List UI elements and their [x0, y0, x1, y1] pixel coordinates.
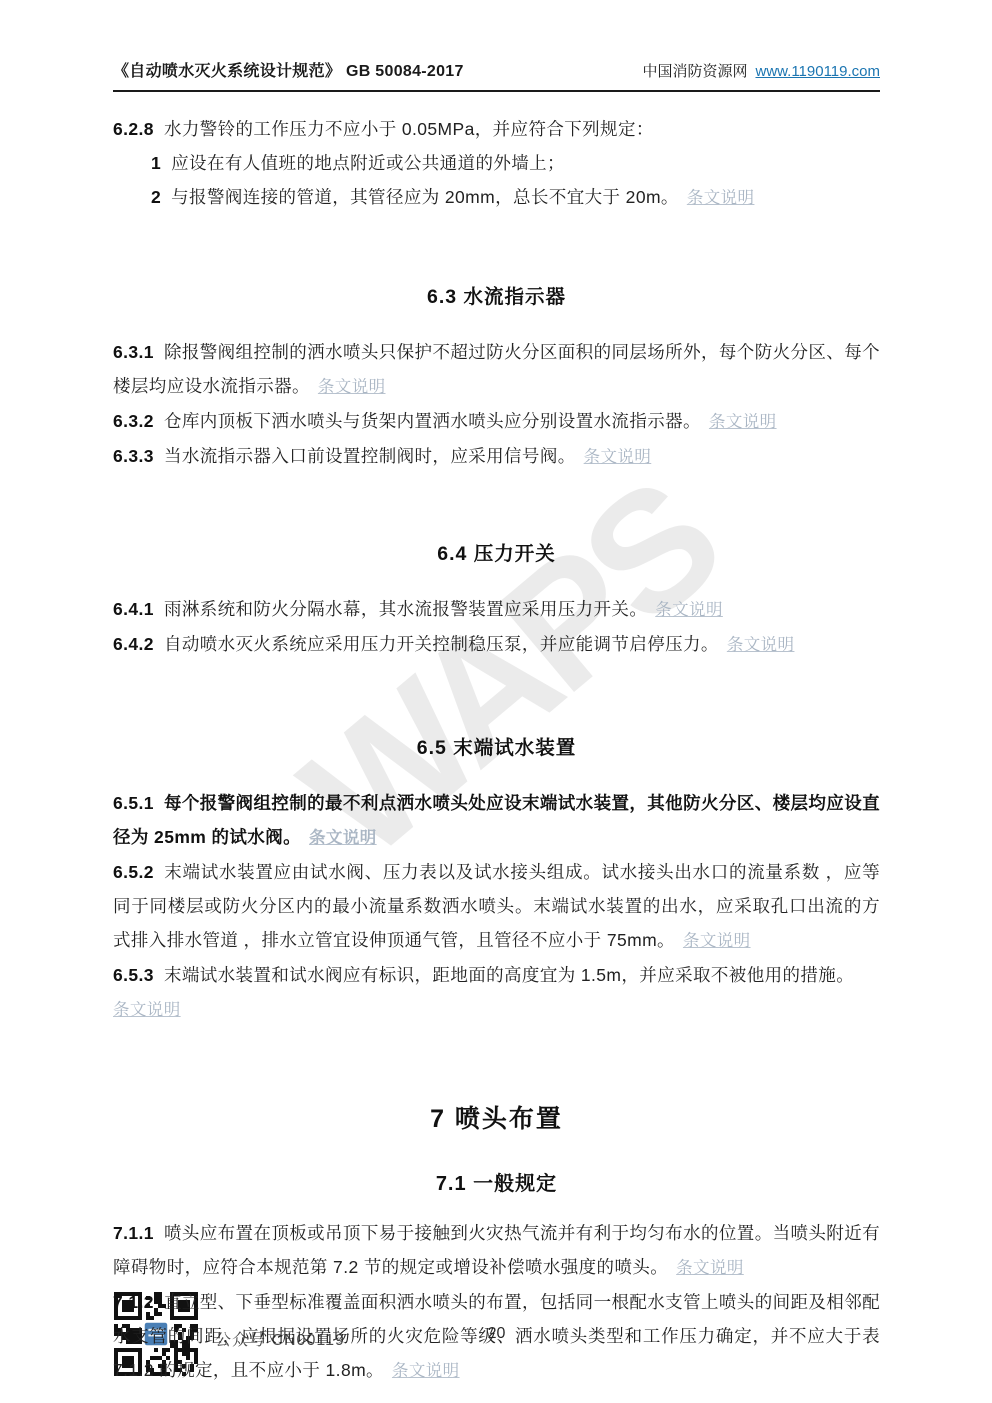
site-info: 中国消防资源网www.1190119.com — [642, 60, 880, 81]
clause-6-5-3: 6.5.3末端试水装置和试水阀应有标识，距地面的高度宜为 1.5m，并应采取不被… — [113, 958, 880, 1027]
site-name: 中国消防资源网 — [642, 63, 747, 80]
item-number: 1 — [151, 153, 161, 173]
explanation-link[interactable]: 条文说明 — [683, 932, 751, 950]
clause-text: 直立型、下垂型标准覆盖面积洒水喷头的布置，包括同一根配水支管上喷头的间距及相邻配… — [113, 1292, 880, 1380]
explanation-link[interactable]: 条文说明 — [318, 378, 386, 396]
clause-number: 6.3.2 — [113, 411, 154, 431]
section-heading-7-1: 7.1 一般规定 — [113, 1167, 880, 1196]
clause-text: 自动喷水灭火系统应采用压力开关控制稳压泵，并应能调节启停压力。 — [164, 634, 719, 654]
document-title: 《自动喷水灭火系统设计规范》 GB 50084-2017 — [113, 58, 464, 81]
document-page: WAPS 《自动喷水灭火系统设计规范》 GB 50084-2017 中国消防资源… — [0, 0, 992, 1403]
clause-number: 6.4.1 — [113, 599, 154, 619]
clause-text: 每个报警阀组控制的最不利点洒水喷头处应设末端试水装置，其他防火分区、楼层均应设直… — [113, 793, 880, 847]
item-number: 2 — [151, 187, 161, 207]
clause-number: 6.3.1 — [113, 342, 154, 362]
explanation-link[interactable]: 条文说明 — [709, 413, 777, 431]
explanation-link[interactable]: 条文说明 — [309, 829, 377, 847]
clause-text: 喷头应布置在顶板或吊顶下易于接触到火灾热气流并有利于均匀布水的位置。当喷头附近有… — [113, 1223, 880, 1277]
clause-6-4-1: 6.4.1雨淋系统和防火分隔水幕，其水流报警装置应采用压力开关。条文说明 — [113, 592, 880, 627]
clause-number: 6.3.3 — [113, 446, 154, 466]
explanation-link[interactable]: 条文说明 — [727, 636, 795, 654]
chapter-heading-7: 7 喷头布置 — [113, 1099, 880, 1135]
explanation-link[interactable]: 条文说明 — [676, 1259, 744, 1277]
clause-number: 6.5.3 — [113, 965, 154, 985]
clause-text: 当水流指示器入口前设置控制阀时，应采用信号阀。 — [164, 446, 576, 466]
explanation-link[interactable]: 条文说明 — [584, 448, 652, 466]
item-text: 应设在有人值班的地点附近或公共通道的外墙上； — [171, 153, 565, 173]
clause-6-2-8-item-1: 1应设在有人值班的地点附近或公共通道的外墙上； — [113, 146, 880, 180]
explanation-link[interactable]: 条文说明 — [392, 1362, 460, 1380]
clause-number: 6.4.2 — [113, 634, 154, 654]
clause-6-2-8: 6.2.8水力警铃的工作压力不应小于 0.05MPa，并应符合下列规定： — [113, 112, 880, 146]
clause-7-1-1: 7.1.1喷头应布置在顶板或吊顶下易于接触到火灾热气流并有利于均匀布水的位置。当… — [113, 1216, 880, 1285]
clause-6-2-8-item-2: 2与报警阀连接的管道，其管径应为 20mm，总长不宜大于 20m。条文说明 — [113, 180, 880, 215]
clause-text: 雨淋系统和防火分隔水幕，其水流报警装置应采用压力开关。 — [164, 599, 647, 619]
section-heading-6-3: 6.3 水流指示器 — [113, 281, 880, 309]
clause-6-4-2: 6.4.2自动喷水灭火系统应采用压力开关控制稳压泵，并应能调节启停压力。条文说明 — [113, 627, 880, 662]
site-url-link[interactable]: www.1190119.com — [755, 63, 880, 80]
clause-number: 6.5.1 — [113, 793, 154, 813]
page-header: 《自动喷水灭火系统设计规范》 GB 50084-2017 中国消防资源网www.… — [113, 58, 880, 92]
clause-6-3-3: 6.3.3当水流指示器入口前设置控制阀时，应采用信号阀。条文说明 — [113, 439, 880, 474]
clause-text: 除报警阀组控制的洒水喷头只保护不超过防火分区面积的同层场所外，每个防火分区、每个… — [113, 342, 880, 396]
clause-6-3-2: 6.3.2仓库内顶板下洒水喷头与货架内置洒水喷头应分别设置水流指示器。条文说明 — [113, 404, 880, 439]
clause-number: 6.2.8 — [113, 119, 154, 139]
section-heading-6-5: 6.5 末端试水装置 — [113, 732, 880, 760]
explanation-link[interactable]: 条文说明 — [113, 1001, 181, 1019]
clause-text: 末端试水装置应由试水阀、压力表以及试水接头组成。试水接头出水口的流量系数 ，应等… — [113, 862, 880, 950]
clause-text: 水力警铃的工作压力不应小于 0.05MPa，并应符合下列规定： — [164, 119, 654, 139]
clause-number: 6.5.2 — [113, 862, 154, 882]
clause-7-1-2: 7.1.2直立型、下垂型标准覆盖面积洒水喷头的布置，包括同一根配水支管上喷头的间… — [113, 1285, 880, 1388]
item-text: 与报警阀连接的管道，其管径应为 20mm，总长不宜大于 20m。 — [171, 187, 679, 207]
explanation-link[interactable]: 条文说明 — [687, 189, 755, 207]
clause-number: 7.1.1 — [113, 1223, 154, 1243]
clause-text: 末端试水装置和试水阀应有标识，距地面的高度宜为 1.5m，并应采取不被他用的措施… — [164, 965, 854, 985]
clause-6-3-1: 6.3.1除报警阀组控制的洒水喷头只保护不超过防火分区面积的同层场所外，每个防火… — [113, 335, 880, 404]
explanation-link[interactable]: 条文说明 — [655, 601, 723, 619]
clause-6-5-2: 6.5.2末端试水装置应由试水阀、压力表以及试水接头组成。试水接头出水口的流量系… — [113, 855, 880, 958]
document-content: 6.2.8水力警铃的工作压力不应小于 0.05MPa，并应符合下列规定： 1应设… — [113, 112, 880, 1388]
clause-6-5-1: 6.5.1每个报警阀组控制的最不利点洒水喷头处应设末端试水装置，其他防火分区、楼… — [113, 786, 880, 855]
clause-number: 7.1.2 — [113, 1292, 154, 1312]
clause-text: 仓库内顶板下洒水喷头与货架内置洒水喷头应分别设置水流指示器。 — [164, 411, 701, 431]
section-heading-6-4: 6.4 压力开关 — [113, 538, 880, 566]
